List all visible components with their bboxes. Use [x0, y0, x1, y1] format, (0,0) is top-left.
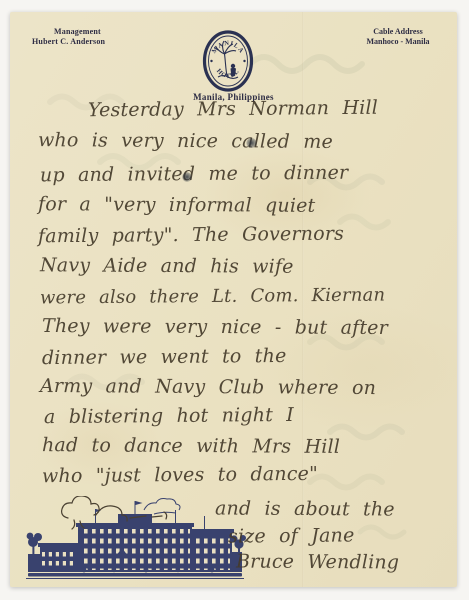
letter-line: a blistering hot night I [44, 404, 294, 428]
letter-page: Management Hubert C. Anderson Cable Addr… [10, 12, 457, 587]
letter-line: up and invited me to dinner [40, 162, 348, 187]
svg-text:HOTEL: HOTEL [215, 68, 241, 81]
ink-blot [182, 172, 192, 182]
letter-line: Army and Navy Club where on [40, 375, 376, 399]
letter-line: for a "very informal quiet [38, 193, 316, 217]
letter-line: had to dance with Mrs Hill [42, 434, 340, 458]
cable-address-value: Manhoco - Manila [346, 37, 450, 47]
hotel-building-illustration [26, 496, 246, 589]
cable-address-label: Cable Address [346, 27, 450, 37]
letter-line: who "just loves to dance" [42, 463, 318, 487]
letter-line: were also there Lt. Com. Kiernan [40, 284, 385, 308]
cloud-engraving [144, 499, 180, 515]
letter-line: family party". The Governors [38, 223, 344, 248]
ink-blot [246, 138, 257, 148]
logo-figure [231, 64, 237, 76]
logo-bottom-text: HOTEL [215, 68, 241, 81]
letter-line: They were very nice - but after [42, 315, 388, 339]
management-label: Management [32, 27, 105, 37]
letter-line: Bruce Wendling [236, 551, 399, 574]
manila-hotel-logo-icon: MANILA HOTEL [202, 30, 254, 97]
letter-line: size of Jane [228, 524, 355, 547]
cable-address-block: Cable Address Manhoco - Manila [346, 27, 450, 47]
letter-line: dinner we went to the [42, 345, 287, 369]
letter-line: Navy Aide and his wife [40, 254, 294, 278]
letter-line: who is very nice called me [38, 129, 333, 153]
management-name: Hubert C. Anderson [32, 37, 105, 47]
management-block: Management Hubert C. Anderson [32, 27, 105, 47]
letter-line: and is about the [215, 497, 395, 520]
letter-line: Yesterday Mrs Norman Hill [88, 97, 378, 122]
